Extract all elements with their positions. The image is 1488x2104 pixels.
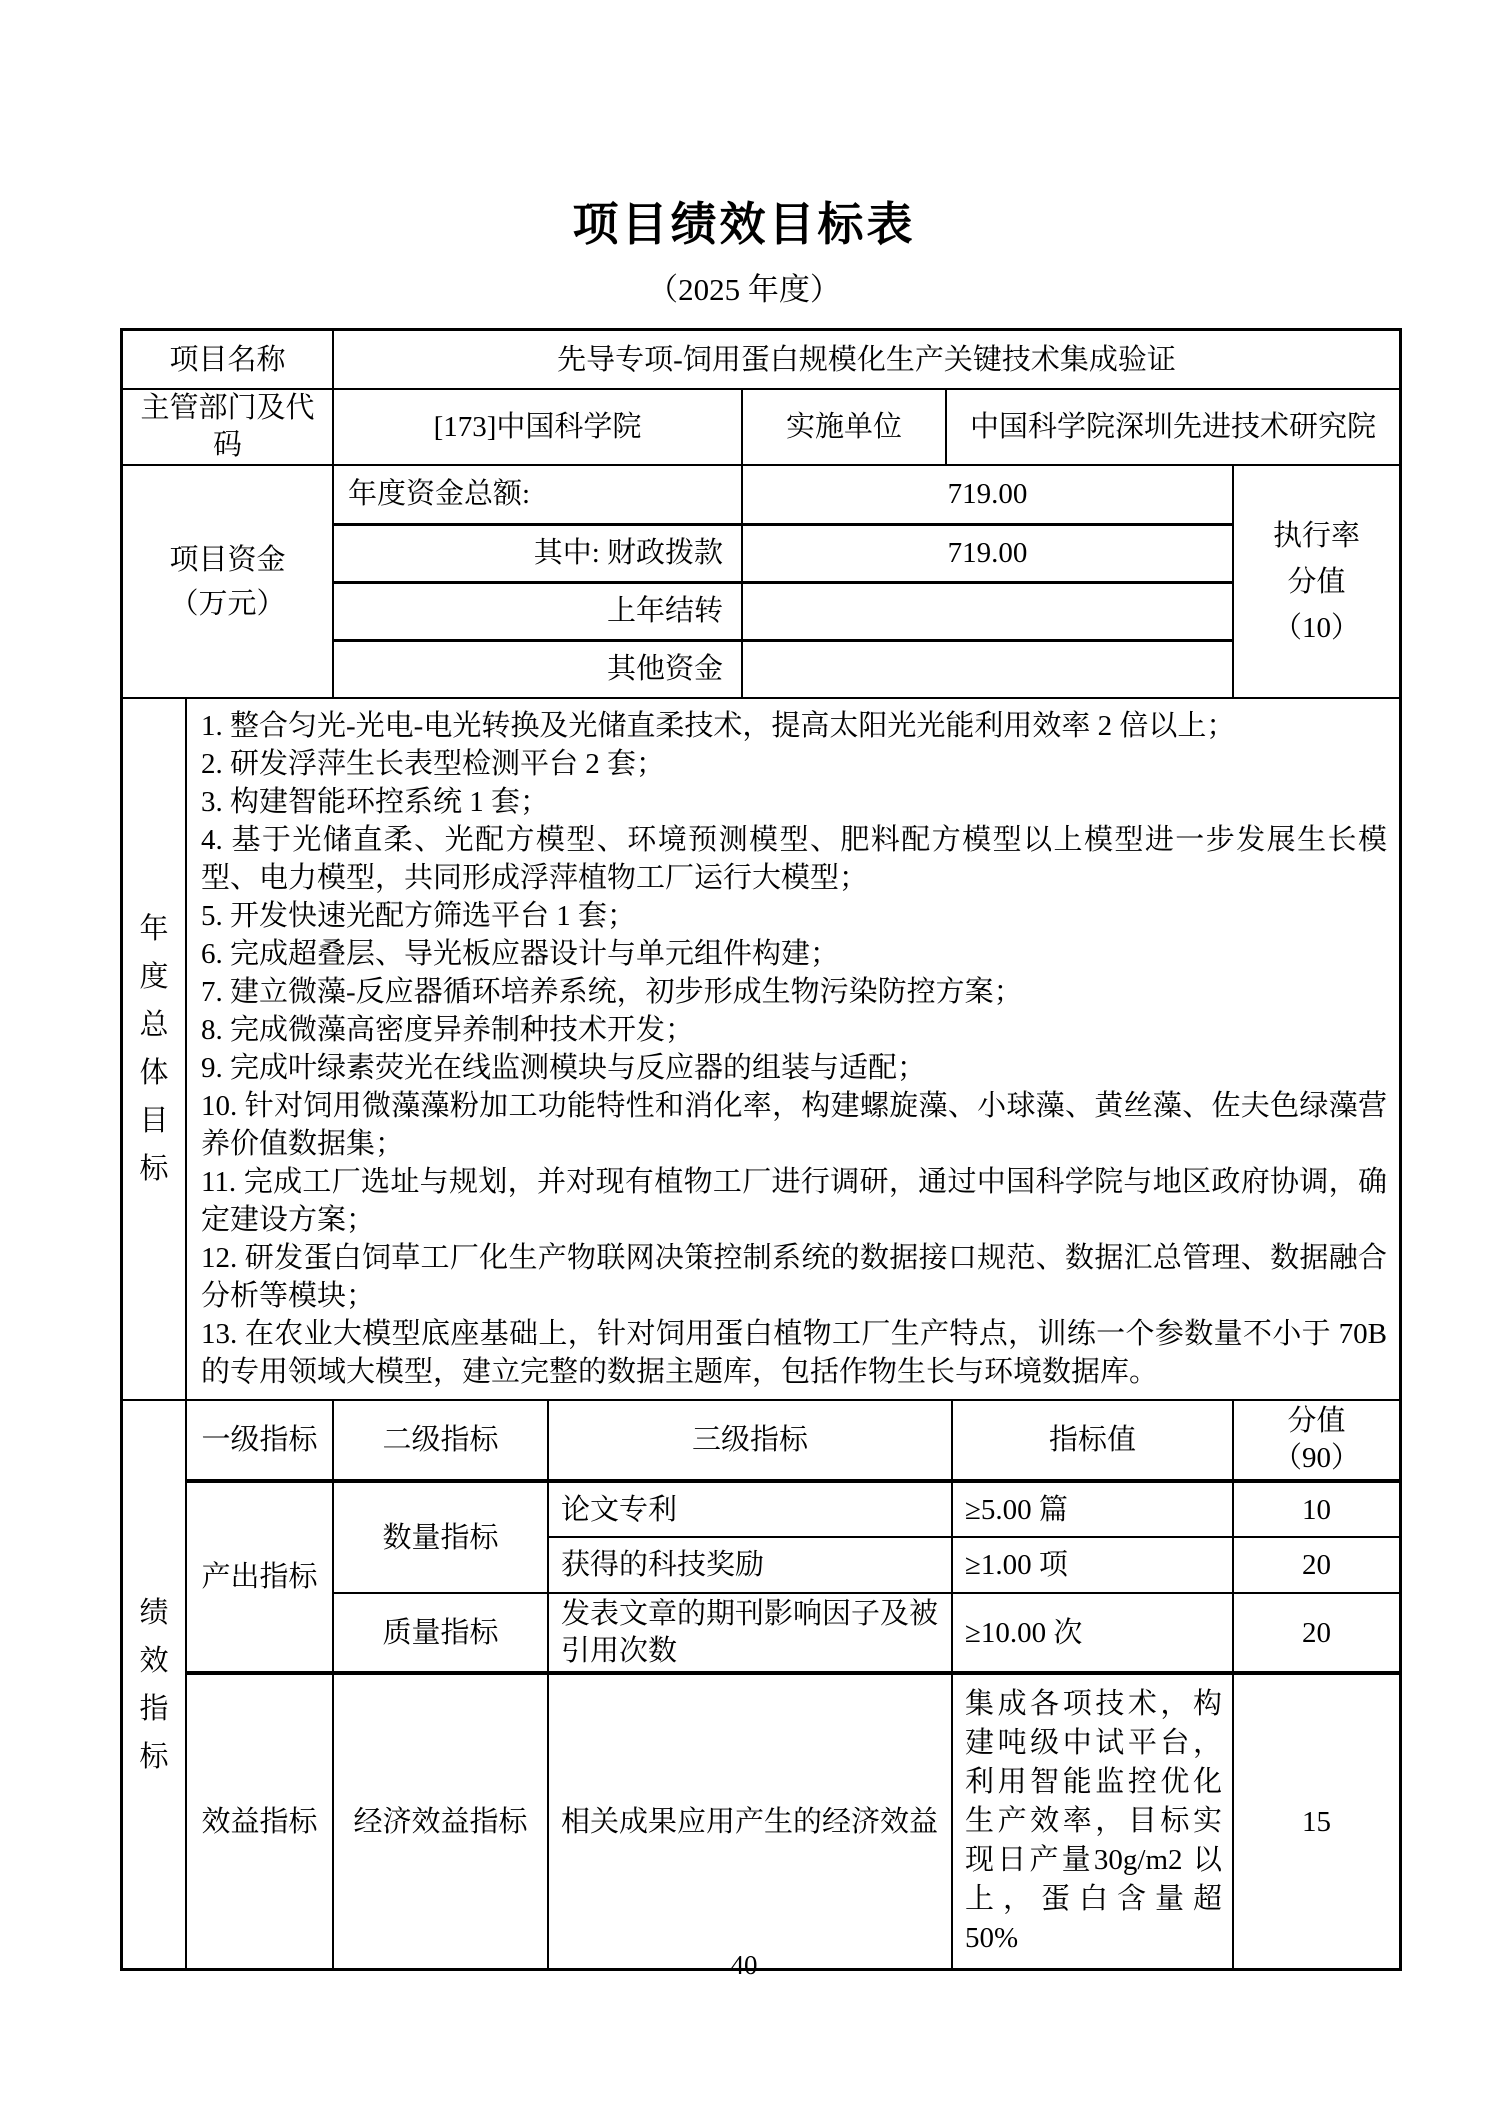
goal-item: 11. 完成工厂选址与规划，并对现有植物工厂进行调研，通过中国科学院与地区政府协… [201, 1163, 1387, 1239]
funds-total-label: 年度资金总额: [333, 466, 742, 524]
department-label: 主管部门及代码 [123, 390, 333, 465]
page-subtitle: （2025 年度） [0, 264, 1488, 309]
indicator-score: 10 [1233, 1481, 1399, 1537]
header-level2: 二级指标 [333, 1401, 548, 1481]
annual-goals-label-char: 总 [139, 1006, 168, 1044]
goal-item: 12. 研发蛋白饲草工厂化生产物联网决策控制系统的数据接口规范、数据汇总管理、数… [201, 1239, 1387, 1315]
execution-rate-score-label: 执行率 分值 （10） [1233, 466, 1399, 698]
annual-goals-label-char: 体 [139, 1054, 168, 1092]
level1-benefit: 效益指标 [186, 1673, 333, 1968]
indicators-label-char: 标 [139, 1738, 168, 1776]
header-score-line2: （90） [1234, 1440, 1399, 1477]
annual-goals-label-char: 度 [139, 958, 168, 996]
funds-fiscal-label: 其中: 财政拨款 [333, 524, 742, 582]
indicator-score: 15 [1233, 1673, 1399, 1968]
project-name-value: 先导专项-饲用蛋白规模化生产关键技术集成验证 [333, 331, 1399, 389]
funds-label: 项目资金 （万元） [123, 466, 333, 698]
execution-rate-line2: 分值 [1287, 563, 1345, 601]
department-section: 主管部门及代码 [173]中国科学院 实施单位 中国科学院深圳先进技术研究院 [123, 390, 1399, 466]
funds-carryover-label: 上年结转 [333, 582, 742, 640]
indicator-row: 效益指标 经济效益指标 相关成果应用产生的经济效益 集成各项技术，构建吨级中试平… [123, 1673, 1399, 1968]
funds-section: 项目资金 （万元） 年度资金总额: 719.00 执行率 分值 （10） 其中:… [123, 466, 1399, 699]
indicator-name: 获得的科技奖励 [548, 1537, 952, 1593]
funds-other-label: 其他资金 [333, 640, 742, 698]
level2-economic: 经济效益指标 [333, 1673, 548, 1968]
annual-goals-label-char: 年 [139, 910, 168, 948]
goal-item: 3. 构建智能环控系统 1 套； [201, 783, 1387, 821]
execution-rate-line3: （10） [1273, 609, 1360, 647]
funds-fiscal-value: 719.00 [742, 524, 1233, 582]
level2-quality: 质量指标 [333, 1593, 548, 1673]
annual-goals-label: 年 度 总 体 目 标 [123, 699, 186, 1400]
header-level1: 一级指标 [186, 1401, 333, 1481]
indicators-label-char: 指 [139, 1690, 168, 1728]
indicator-name: 发表文章的期刊影响因子及被引用次数 [548, 1593, 952, 1673]
table-row: 项目资金 （万元） 年度资金总额: 719.00 执行率 分值 （10） [123, 466, 1399, 524]
annual-goals-section: 年 度 总 体 目 标 1. 整合匀光-光电-电光转换及光储直柔技术，提高太阳光… [123, 699, 1399, 1401]
indicator-score: 20 [1233, 1537, 1399, 1593]
funds-label-line1: 项目资金 [169, 541, 285, 579]
table-row: 主管部门及代码 [173]中国科学院 实施单位 中国科学院深圳先进技术研究院 [123, 390, 1399, 465]
goal-item: 8. 完成微藻高密度异养制种技术开发； [201, 1011, 1387, 1049]
execution-rate-line1: 执行率 [1273, 517, 1360, 555]
indicator-score: 20 [1233, 1593, 1399, 1673]
indicators-section: 绩 效 指 标 一级指标 二级指标 三级指标 指标值 分值 （90） 产出指标 … [123, 1401, 1399, 1968]
goal-item: 7. 建立微藻-反应器循环培养系统，初步形成生物污染防控方案； [201, 973, 1387, 1011]
funds-carryover-value [742, 582, 1233, 640]
goal-item: 6. 完成超叠层、导光板应器设计与单元组件构建； [201, 935, 1387, 973]
indicator-row: 产出指标 数量指标 论文专利 ≥5.00 篇 10 [123, 1481, 1399, 1537]
header-score: 分值 （90） [1233, 1401, 1399, 1481]
goal-item: 4. 基于光储直柔、光配方模型、环境预测模型、肥料配方模型以上模型进一步发展生长… [201, 821, 1387, 897]
indicators-label-char: 绩 [139, 1594, 168, 1632]
department-value: [173]中国科学院 [333, 390, 742, 465]
goal-item: 2. 研发浮萍生长表型检测平台 2 套； [201, 745, 1387, 783]
level2-quantity: 数量指标 [333, 1481, 548, 1593]
goal-item: 13. 在农业大模型底座基础上，针对饲用蛋白植物工厂生产特点，训练一个参数量不小… [201, 1315, 1387, 1391]
impl-unit-label: 实施单位 [742, 390, 946, 465]
goal-item: 1. 整合匀光-光电-电光转换及光储直柔技术，提高太阳光光能利用效率 2 倍以上… [201, 707, 1387, 745]
indicator-name: 论文专利 [548, 1481, 952, 1537]
header-score-line1: 分值 [1234, 1403, 1399, 1440]
goal-item: 10. 针对饲用微藻藻粉加工功能特性和消化率，构建螺旋藻、小球藻、黄丝藻、佐夫色… [201, 1087, 1387, 1163]
indicator-value: 集成各项技术，构建吨级中试平台，利用智能监控优化生产效率，目标实现日产量30g/… [952, 1673, 1233, 1968]
page-title: 项目绩效目标表 [0, 188, 1488, 254]
indicator-name: 相关成果应用产生的经济效益 [548, 1673, 952, 1968]
goal-item: 5. 开发快速光配方筛选平台 1 套； [201, 897, 1387, 935]
funds-other-value [742, 640, 1233, 698]
project-name-section: 项目名称 先导专项-饲用蛋白规模化生产关键技术集成验证 [123, 331, 1399, 390]
indicators-header-row: 绩 效 指 标 一级指标 二级指标 三级指标 指标值 分值 （90） [123, 1401, 1399, 1481]
indicator-value: ≥5.00 篇 [952, 1481, 1233, 1537]
funds-label-line2: （万元） [169, 585, 285, 623]
annual-goals-content: 1. 整合匀光-光电-电光转换及光储直柔技术，提高太阳光光能利用效率 2 倍以上… [186, 699, 1399, 1400]
performance-target-table: 项目名称 先导专项-饲用蛋白规模化生产关键技术集成验证 主管部门及代码 [173… [120, 328, 1402, 1971]
annual-goals-label-char: 标 [139, 1150, 168, 1188]
indicator-value: ≥1.00 项 [952, 1537, 1233, 1593]
page-number: 40 [0, 1950, 1488, 1981]
document-page: 项目绩效目标表 （2025 年度） 项目名称 先导专项-饲用蛋白规模化生产关键技… [0, 0, 1488, 2104]
funds-total-value: 719.00 [742, 466, 1233, 524]
annual-goals-label-char: 目 [139, 1102, 168, 1140]
table-row: 年 度 总 体 目 标 1. 整合匀光-光电-电光转换及光储直柔技术，提高太阳光… [123, 699, 1399, 1400]
table-row: 项目名称 先导专项-饲用蛋白规模化生产关键技术集成验证 [123, 331, 1399, 389]
level1-output: 产出指标 [186, 1481, 333, 1673]
project-name-label: 项目名称 [123, 331, 333, 389]
indicator-value: ≥10.00 次 [952, 1593, 1233, 1673]
indicators-label-char: 效 [139, 1642, 168, 1680]
indicators-label: 绩 效 指 标 [123, 1401, 186, 1968]
impl-unit-value: 中国科学院深圳先进技术研究院 [946, 390, 1399, 465]
goal-item: 9. 完成叶绿素荧光在线监测模块与反应器的组装与适配； [201, 1049, 1387, 1087]
header-value: 指标值 [952, 1401, 1233, 1481]
header-level3: 三级指标 [548, 1401, 952, 1481]
